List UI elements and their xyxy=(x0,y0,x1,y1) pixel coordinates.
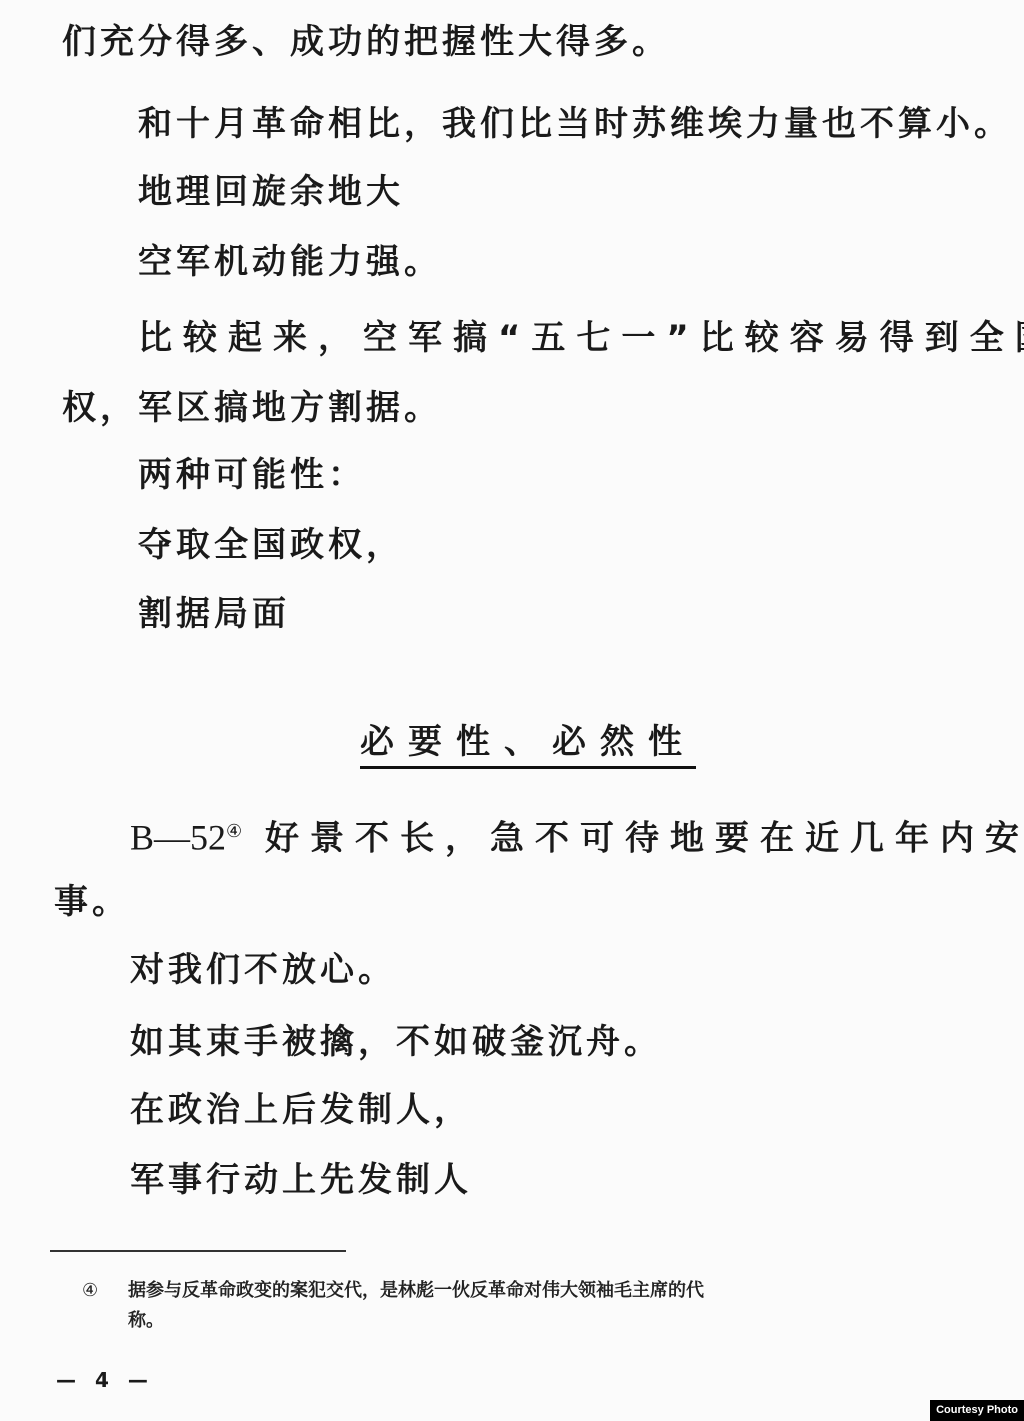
text-line: 对我们不放心。 xyxy=(130,950,396,990)
text-line: 军事行动上先发制人 xyxy=(130,1160,472,1200)
footnote-text: 据参与反革命政变的案犯交代，是林彪一伙反革命对伟大领袖毛主席的代 xyxy=(128,1280,704,1301)
text-line: 在政治上后发制人， xyxy=(130,1090,472,1130)
text-line: 夺取全国政权， xyxy=(138,525,404,565)
text-line: 比较起来，空军搞“五七一”比较容易得到全国政 xyxy=(138,318,1024,358)
text-line: 两种可能性： xyxy=(138,455,366,495)
text-line: 地理回旋余地大 xyxy=(138,172,404,212)
footnote-ref[interactable]: ④ xyxy=(226,821,242,842)
footnote: ④据参与反革命政变的案犯交代，是林彪一伙反革命对伟大领袖毛主席的代 称。 xyxy=(82,1276,982,1336)
text-line: 空军机动能力强。 xyxy=(138,242,442,282)
text-line: 和十月革命相比，我们比当时苏维埃力量也不算小。 xyxy=(138,104,1012,144)
text-line: 割据局面 xyxy=(138,594,290,634)
text-line: 权，军区搞地方割据。 xyxy=(62,388,442,428)
footnote-marker: ④ xyxy=(82,1276,128,1306)
photo-credit: Courtesy Photo xyxy=(930,1400,1024,1421)
text-line: B—52④ 好景不长，急不可待地要在近几年内安排后 xyxy=(130,812,1024,858)
footnote-text-cont: 称。 xyxy=(82,1306,982,1336)
text-span: 好景不长，急不可待地要在近几年内安排后 xyxy=(265,818,1024,858)
b52-label: B—52 xyxy=(130,817,226,857)
text-line: 们充分得多、成功的把握性大得多。 xyxy=(62,22,670,62)
page-number: — 4 — xyxy=(56,1368,154,1392)
text-line: 如其束手被擒，不如破釜沉舟。 xyxy=(130,1022,662,1062)
text-line: 事。 xyxy=(54,882,130,922)
footnote-divider xyxy=(50,1250,346,1252)
section-heading: 必要性、必然性 xyxy=(360,720,696,769)
